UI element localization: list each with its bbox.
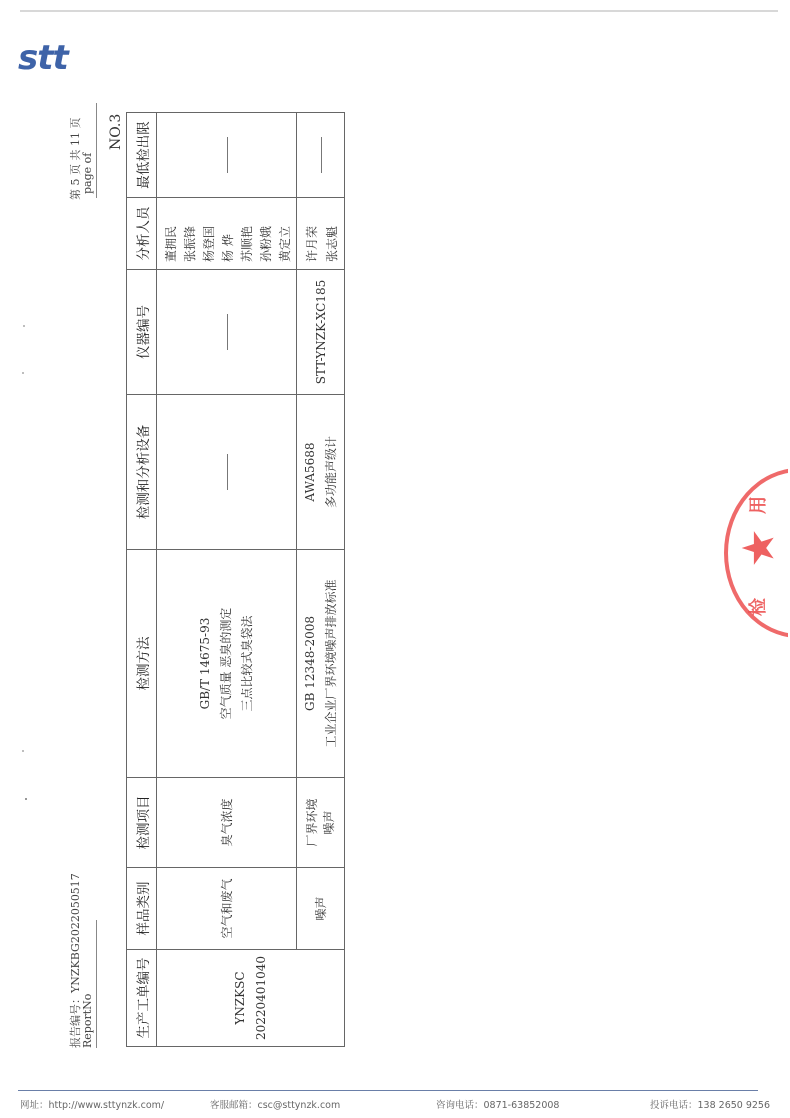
analyst-name: 杨登国 [200, 226, 217, 262]
work-order-cell: YNZKSC 20220401040 [157, 950, 345, 1047]
stamp-char: 检 [744, 598, 770, 616]
analyst-name: 董拥民 [162, 226, 179, 262]
test-item-cell: 臭气浓度 [157, 778, 297, 868]
dash-placeholder [227, 314, 228, 350]
equipment-cell [157, 395, 297, 550]
analyst-name: 黄定立 [276, 226, 293, 262]
footer-rule [18, 1090, 758, 1091]
scan-speck [25, 798, 27, 800]
sheet-number: NO.3 [108, 114, 124, 150]
inspection-stamp: ★ 检 用 [718, 468, 788, 638]
report-number: 报告编号：YNZKBG2022050517 ReportNo [70, 873, 94, 1048]
test-method-cell: GB/T 14675-93 空气质量 恶臭的测定 三点比较式臭袋法 [157, 550, 297, 778]
detection-limit-cell [157, 113, 297, 198]
page-label-en: page of [82, 118, 94, 200]
col-instrument-no: 仪器编号 [127, 270, 157, 395]
col-work-order: 生产工单编号 [127, 950, 157, 1047]
report-no-en: ReportNo [82, 873, 94, 1048]
analysts-list: 董拥民张振锋杨登国杨 烨苏顺艳孙粉娥黄定立 [160, 200, 292, 268]
col-test-method: 检测方法 [127, 550, 157, 778]
col-equipment: 检测和分析设备 [127, 395, 157, 550]
dash-placeholder [321, 137, 322, 173]
analyst-name: 张志魁 [323, 226, 340, 262]
equipment-cell: AWA5688 多功能声级计 [297, 395, 345, 550]
analyst-name: 张振锋 [181, 226, 198, 262]
analyst-name: 孙粉娥 [257, 226, 274, 262]
col-sample-type: 样品类别 [127, 868, 157, 950]
analyst-name: 杨 烨 [219, 234, 236, 262]
scan-speck [22, 372, 24, 374]
page-info: 第 5 页 共 11 页 page of [70, 118, 94, 200]
col-analysts: 分析人员 [127, 198, 157, 270]
footer-complaint-phone: 投诉电话：138 2650 9256 [650, 1097, 770, 1111]
stamp-char: 用 [744, 496, 770, 514]
top-border [20, 10, 778, 12]
footer-website: 网址：http://www.sttynzk.com/ [20, 1097, 164, 1111]
star-icon: ★ [738, 528, 782, 567]
dash-placeholder [227, 137, 228, 173]
table-header-row: 生产工单编号 样品类别 检测项目 检测方法 检测和分析设备 仪器编号 分析人员 … [127, 113, 157, 1047]
footer-email: 客服邮箱：csc@sttynzk.com [210, 1097, 340, 1111]
analyst-name: 苏顺艳 [238, 226, 255, 262]
scan-speck [23, 325, 25, 327]
sample-type-cell: 噪声 [297, 868, 345, 950]
dash-placeholder [227, 454, 228, 490]
analysts-list: 许月荣张志魁 [300, 200, 340, 268]
analyst-name: 许月荣 [303, 226, 320, 262]
stt-logo: stt [18, 38, 68, 78]
instrument-no-cell: STT-YNZK-XC185 [297, 270, 345, 395]
detection-limit-cell [297, 113, 345, 198]
instrument-no-cell [157, 270, 297, 395]
page-info-rule [96, 103, 97, 198]
sample-type-cell: 空气和废气 [157, 868, 297, 950]
col-test-item: 检测项目 [127, 778, 157, 868]
test-method-cell: GB 12348-2008 工业企业厂界环境噪声排放标准 [297, 550, 345, 778]
scan-speck [22, 750, 24, 752]
footer-consult-phone: 咨询电话：0871-63852008 [436, 1097, 559, 1111]
col-detection-limit: 最低检出限 [127, 113, 157, 198]
test-item-cell: 厂界环境 噪声 [297, 778, 345, 868]
report-number-rule [96, 920, 97, 1048]
